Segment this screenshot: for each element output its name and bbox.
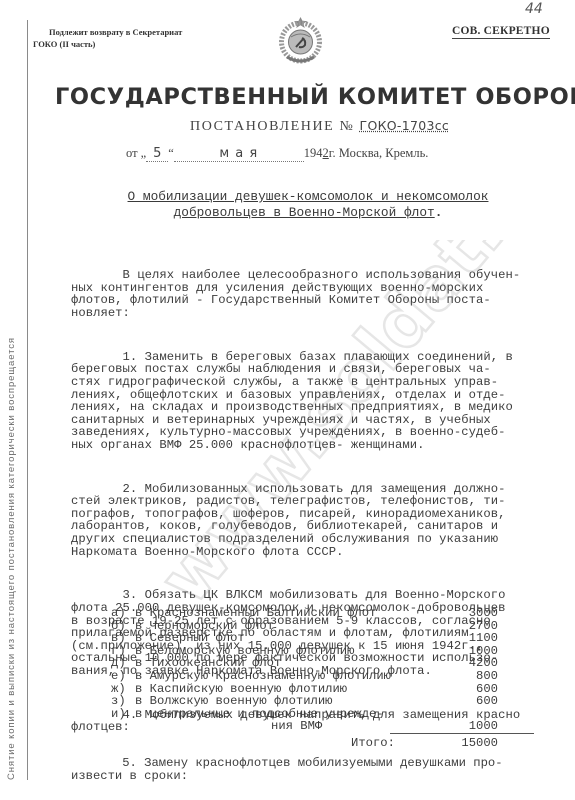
return-note: Подлежит возврату в Секретариат ГОКО (II… <box>33 26 182 50</box>
allocation-name: ния ВМФ <box>271 720 322 733</box>
return-note-line1: Подлежит возврату в Секретариат <box>33 26 182 38</box>
secrecy-stamp: СОВ. СЕКРЕТНО <box>452 25 550 39</box>
allocation-value: 1000 <box>469 720 498 733</box>
allocation-letter: з) <box>111 695 126 708</box>
date-day: 5 <box>146 146 168 162</box>
decree-subject: О мобилизации девушек-комсомолок и неком… <box>108 189 508 221</box>
total-value: 15000 <box>461 737 498 750</box>
subject-line1: О мобилизации девушек-комсомолок и неком… <box>128 189 489 204</box>
allocation-value: 3000 <box>469 607 498 620</box>
margin-rule <box>27 20 28 780</box>
allocation-value: 800 <box>476 670 498 683</box>
allocation-letter: а) <box>111 607 126 620</box>
allocation-name: в Волжскую военную флотилию <box>135 695 332 708</box>
date-prefix: от „ <box>126 146 146 160</box>
document-page: Снятие копии и выписки из настоящего пос… <box>0 0 575 800</box>
paragraph-2: 2. Мобилизованных использовать для замещ… <box>71 483 571 559</box>
total-label: Итого: <box>351 737 395 750</box>
allocation-list: а)в Краснознаменный Балтийский флот3000б… <box>71 607 541 752</box>
date-place: г. Москва, Кремль. <box>329 146 429 160</box>
allocation-row: з)в Волжскую военную флотилию600 <box>71 695 541 708</box>
allocation-value: 1100 <box>469 632 498 645</box>
margin-note: Снятие копии и выписки из настоящего пос… <box>6 160 17 780</box>
allocation-letter: и) <box>111 708 126 721</box>
allocation-value: 600 <box>476 695 498 708</box>
decree-label: ПОСТАНОВЛЕНИЕ № <box>190 119 354 134</box>
allocation-row: в)в Северный флот1100 <box>71 632 541 645</box>
committee-title: ГОСУДАРСТВЕННЫЙ КОМИТЕТ ОБОРОНЫ <box>55 84 545 110</box>
allocation-row: а)в Краснознаменный Балтийский флот3000 <box>71 607 541 620</box>
allocation-letter: в) <box>111 632 126 645</box>
return-note-line2: ГОКО (II часть) <box>33 39 95 49</box>
paragraph-5: 5. Замену краснофлотцев мобилизуемыми де… <box>71 757 571 782</box>
subject-line2: добровольцев в Военно-Морской флот <box>174 205 435 220</box>
decree-number: ГОКО-1703сс <box>360 118 450 133</box>
allocation-name: в Северный флот <box>135 632 245 645</box>
subject-period: . <box>435 205 443 220</box>
paragraph-1: 1. Заменить в береговых базах плавающих … <box>71 351 571 452</box>
allocation-letter: е) <box>111 670 126 683</box>
date-year-prefix: 194 <box>304 146 323 160</box>
allocation-total-row: Итого:15000 <box>71 736 541 752</box>
folio-number: 44 <box>525 1 543 17</box>
date-month: м а я <box>174 146 304 162</box>
decree-date-line: от „5“м а я1942г. Москва, Кремль. <box>126 146 428 162</box>
allocation-name: в центральные и подсобные учрежде- <box>135 708 384 721</box>
allocation-row: е)в Амурскую Краснознаменную флотилию800 <box>71 670 541 683</box>
decree-number-line: ПОСТАНОВЛЕНИЕ № ГОКО-1703сс <box>190 118 449 135</box>
allocation-row: ния ВМФ1000 <box>71 720 541 733</box>
ussr-coat-of-arms-icon <box>277 15 324 65</box>
allocation-name: в Краснознаменный Балтийский флот <box>135 607 376 620</box>
preamble-paragraph: В целях наиболее целесообразного использ… <box>71 269 571 319</box>
allocation-name: в Амурскую Краснознаменную флотилию <box>135 670 391 683</box>
